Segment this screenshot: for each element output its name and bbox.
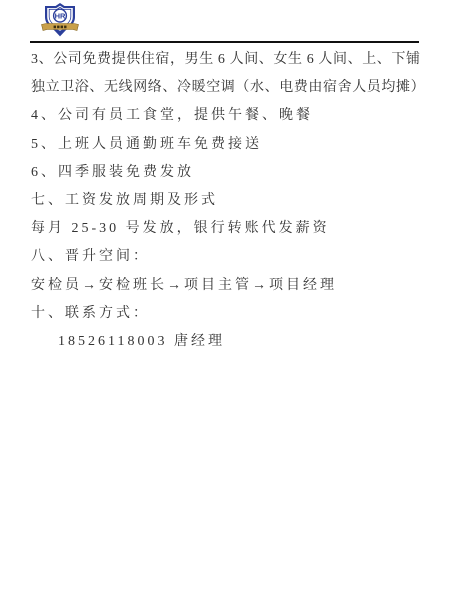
header-divider: [30, 41, 419, 43]
document-page: HR 3、公司免费提供住宿，男生 6 人间、女生 6 人间、上、下铺 独立卫浴、…: [0, 0, 465, 598]
doc-line-housing: 3、公司免费提供住宿，男生 6 人间、女生 6 人间、上、下铺: [31, 46, 451, 74]
doc-line-contact-heading: 十、联系方式：: [31, 300, 451, 328]
hr-shield-icon: HR: [41, 2, 79, 38]
doc-line-salary-detail: 每月 25-30 号发放，银行转账代发薪资: [31, 215, 451, 243]
doc-line-promotion-heading: 八、晋升空间：: [31, 243, 451, 271]
doc-line-canteen: 4、公司有员工食堂，提供午餐、晚餐: [31, 102, 451, 130]
doc-line-housing-cont: 独立卫浴、无线网络、冷暖空调（水、电费由宿舍人员均摊）: [31, 74, 451, 102]
doc-line-salary-heading: 七、工资发放周期及形式: [31, 187, 451, 215]
doc-line-contact-phone: 18526118003 唐经理: [31, 328, 451, 356]
ribbon-banner: [42, 24, 79, 31]
logo-monogram: HR: [55, 11, 66, 20]
doc-line-uniform: 6、四季服装免费发放: [31, 159, 451, 187]
doc-line-promotion-path: 安检员→安检班长→项目主管→项目经理: [31, 272, 451, 300]
doc-line-shuttle: 5、上班人员通勤班车免费接送: [31, 131, 451, 159]
company-logo: HR: [41, 2, 79, 38]
document-body: 3、公司免费提供住宿，男生 6 人间、女生 6 人间、上、下铺 独立卫浴、无线网…: [31, 46, 451, 356]
